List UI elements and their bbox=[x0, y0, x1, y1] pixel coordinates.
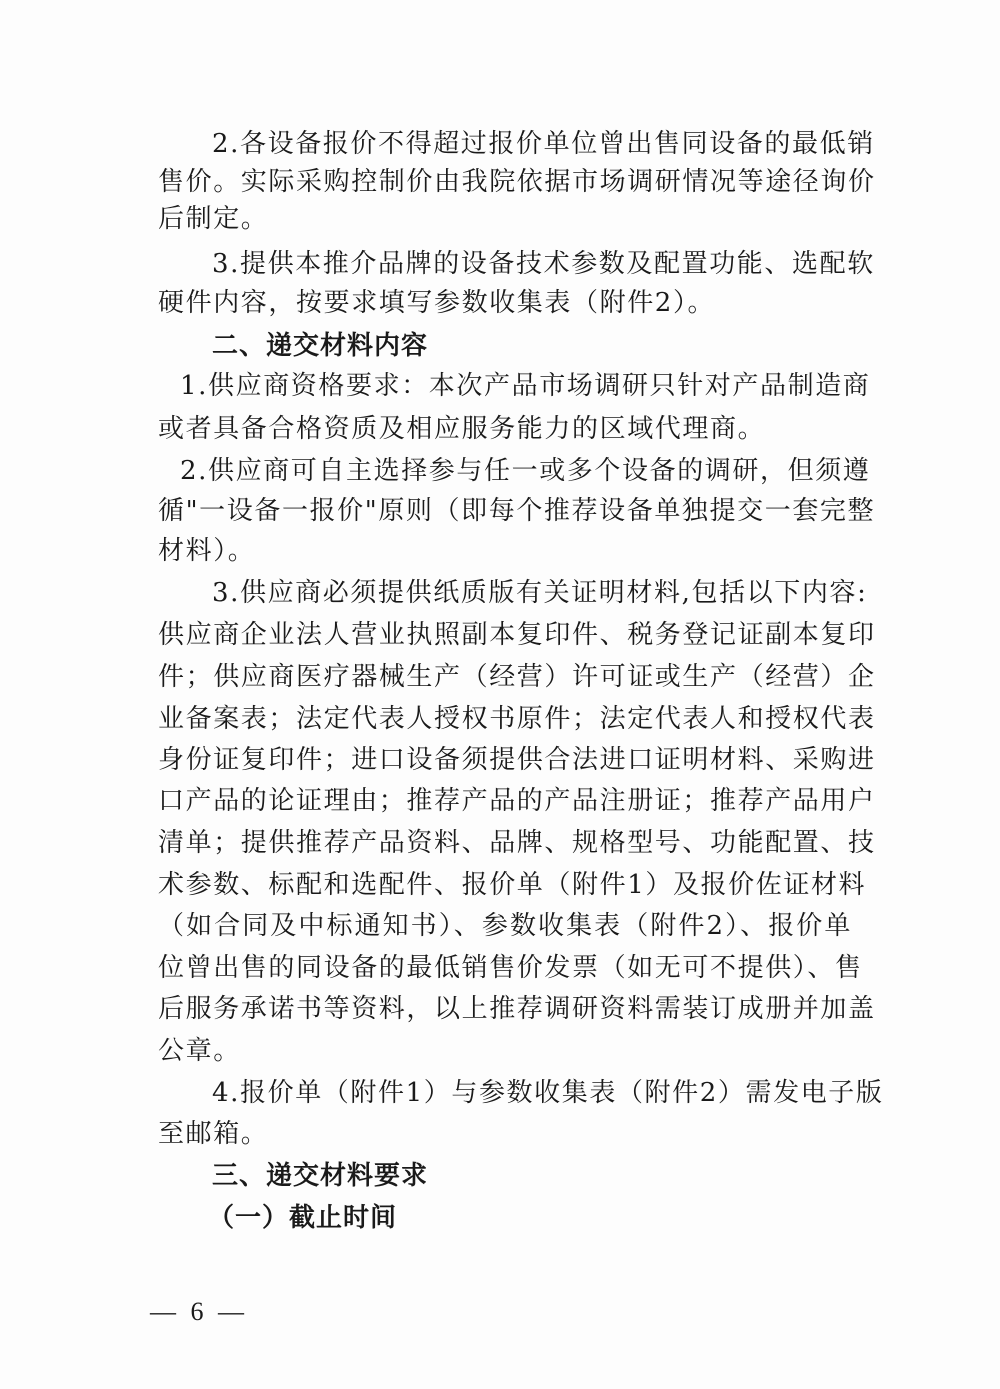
subsection-heading: （一）截止时间 bbox=[208, 1198, 908, 1238]
paragraph-line: 供应商企业法人营业执照副本复印件、税务登记证副本复印 bbox=[158, 615, 852, 655]
paragraph-line: 4.报价单（附件1）与参数收集表（附件2）需发电子版 bbox=[212, 1073, 852, 1113]
paragraph-line: 材料）。 bbox=[158, 531, 858, 571]
paragraph-line: 循"一设备一报价"原则（即每个推荐设备单独提交一套完整 bbox=[158, 491, 852, 531]
paragraph-line: 身份证复印件；进口设备须提供合法进口证明材料、采购进 bbox=[158, 740, 852, 780]
paragraph-line: 后服务承诺书等资料，以上推荐调研资料需装订成册并加盖 bbox=[158, 989, 852, 1029]
paragraph-line: 硬件内容，按要求填写参数收集表（附件2）。 bbox=[158, 283, 858, 323]
paragraph-line: 3.供应商必须提供纸质版有关证明材料,包括以下内容: bbox=[212, 573, 852, 613]
paragraph-line: 件；供应商医疗器械生产（经营）许可证或生产（经营）企 bbox=[158, 657, 852, 697]
document-page: 2.各设备报价不得超过报价单位曾出售同设备的最低销 售价。实际采购控制价由我院依… bbox=[0, 0, 1000, 1389]
paragraph-line: 术参数、标配和选配件、报价单（附件1）及报价佐证材料 bbox=[158, 865, 852, 905]
paragraph-line: 清单；提供推荐产品资料、品牌、规格型号、功能配置、技 bbox=[158, 823, 852, 863]
paragraph-line: 或者具备合格资质及相应服务能力的区域代理商。 bbox=[158, 409, 858, 449]
page-number: — 6 — bbox=[150, 1294, 248, 1330]
paragraph-line: （如合同及中标通知书）、参数收集表（附件2）、报价单 bbox=[158, 906, 852, 946]
section-heading: 二、递交材料内容 bbox=[212, 326, 852, 366]
section-heading: 三、递交材料要求 bbox=[212, 1156, 852, 1196]
paragraph-line: 位曾出售的同设备的最低销售价发票（如无可不提供）、售 bbox=[158, 948, 852, 988]
paragraph-line: 业备案表；法定代表人授权书原件；法定代表人和授权代表 bbox=[158, 699, 852, 739]
paragraph-line: 1.供应商资格要求：本次产品市场调研只针对产品制造商 bbox=[180, 366, 852, 406]
paragraph-line: 至邮箱。 bbox=[158, 1114, 858, 1154]
paragraph-line: 2.供应商可自主选择参与任一或多个设备的调研，但须遵 bbox=[180, 451, 852, 491]
paragraph-line: 口产品的论证理由；推荐产品的产品注册证；推荐产品用户 bbox=[158, 781, 852, 821]
paragraph-line: 3.提供本推介品牌的设备技术参数及配置功能、选配软 bbox=[212, 244, 852, 284]
paragraph-line: 2.各设备报价不得超过报价单位曾出售同设备的最低销 bbox=[212, 124, 852, 164]
paragraph-line: 公章。 bbox=[158, 1031, 858, 1071]
paragraph-line: 后制定。 bbox=[158, 199, 858, 239]
paragraph-line: 售价。实际采购控制价由我院依据市场调研情况等途径询价 bbox=[158, 162, 852, 202]
